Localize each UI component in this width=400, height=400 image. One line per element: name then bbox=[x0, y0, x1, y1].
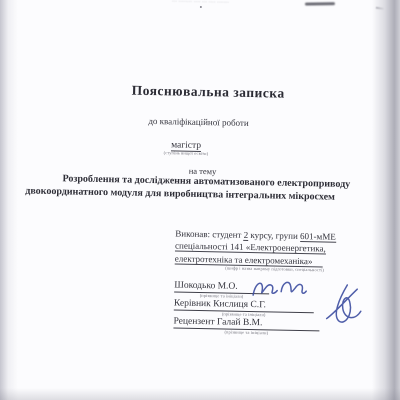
executor-group: 601-мМЕ bbox=[300, 231, 336, 243]
executor-middle: курсу, групи bbox=[248, 230, 300, 241]
signature-supervisor-ink bbox=[327, 285, 362, 323]
scan-edge-right bbox=[372, 0, 400, 400]
handwritten-signatures-ink bbox=[230, 269, 381, 330]
scan-edge-left bbox=[0, 0, 18, 400]
signature-student-ink bbox=[253, 282, 306, 296]
scan-edge-bottom bbox=[0, 388, 400, 400]
document-title: Пояснювальна записка bbox=[8, 80, 400, 104]
document-subtitle: до кваліфікаційної роботи bbox=[0, 113, 399, 131]
executor-block: Виконав: студент 2 курсу, групи 601-мМЕ … bbox=[175, 228, 384, 269]
specialty-line-1: спеціальності 141 «Електроенергетика, bbox=[175, 241, 326, 255]
signer-caption-reviewer: (прізвище та ініціали) bbox=[194, 330, 299, 336]
scan-artifact-smudge bbox=[305, 2, 335, 5]
page-content: ··· ········ ···· ··· ···· ······· Поясн… bbox=[0, 0, 400, 400]
scan-artifact-dot bbox=[200, 6, 202, 8]
specialty-line-2: електротехніка та електромеханіка» bbox=[175, 253, 323, 267]
scanned-page: ··· ········ ···· ··· ···· ······· Поясн… bbox=[0, 0, 400, 400]
cropped-header-line: ··· ········ ···· ··· ···· ······· bbox=[172, 0, 312, 6]
executor-prefix: Виконав: студент bbox=[175, 229, 244, 240]
degree-value: магістр bbox=[171, 140, 201, 152]
